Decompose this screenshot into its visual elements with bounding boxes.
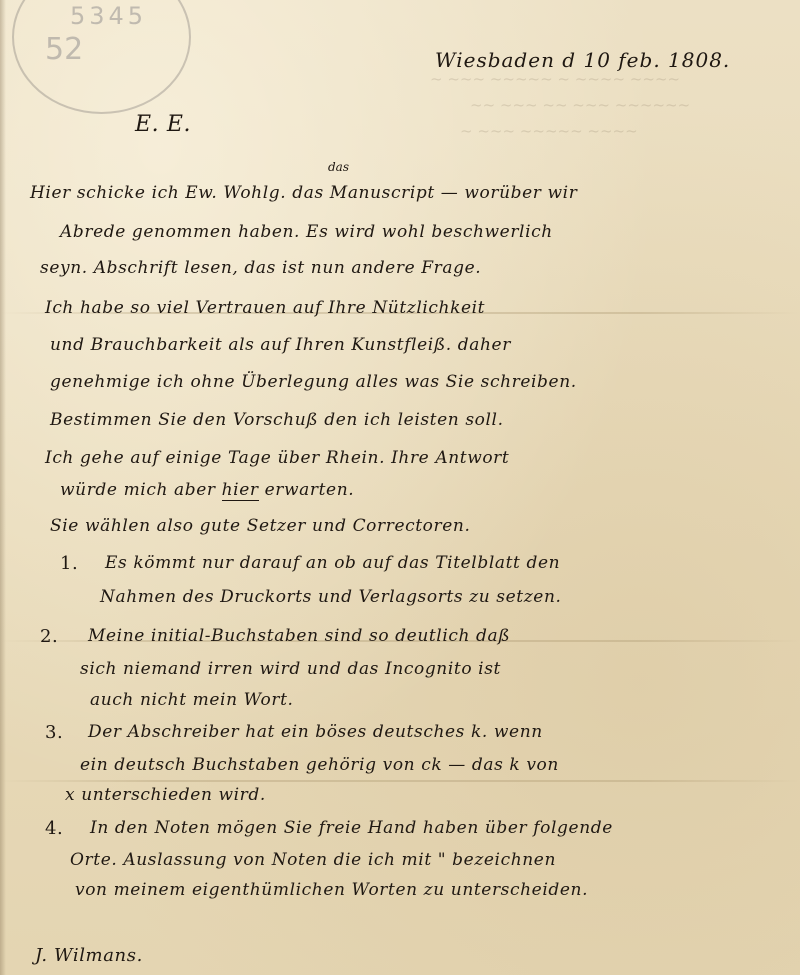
place-date-line: Wiesbaden d 10 feb. 1808.	[435, 48, 730, 72]
point-3-line-2: ein deutsch Buchstaben gehörig von ck — …	[80, 755, 559, 775]
bleed-through-text: ~ ~~~ ~~~~~ ~ ~~~~ ~~~~	[430, 70, 680, 88]
salutation: E. E.	[135, 112, 191, 137]
underlined-word: hier	[222, 480, 259, 501]
point-2-line-2: sich niemand irren wird und das Incognit…	[80, 659, 501, 679]
body-line-10: Sie wählen also gute Setzer und Correcto…	[50, 516, 470, 536]
point-1-number: 1.	[60, 553, 78, 574]
point-3-line-3: x unterschieden wird.	[65, 785, 266, 805]
body-line-2: Abrede genommen haben. Es wird wohl besc…	[60, 222, 553, 242]
archive-secondary-number: 52	[45, 32, 83, 67]
fold-line	[0, 780, 800, 782]
body-line-7: Bestimmen Sie den Vorschuß den ich leist…	[50, 410, 504, 430]
point-1-line-1: Es kömmt nur darauf an ob auf das Titelb…	[105, 553, 560, 573]
point-2-line-3: auch nicht mein Wort.	[90, 690, 294, 710]
body-line-3: seyn. Abschrift lesen, das ist nun ander…	[40, 258, 481, 278]
paper-edge-shadow	[0, 0, 6, 975]
point-2-number: 2.	[40, 626, 58, 647]
body-line-9-text: würde mich aber	[60, 480, 216, 500]
point-4-line-1: In den Noten mögen Sie freie Hand haben …	[90, 818, 613, 838]
signature: J. Wilmans.	[35, 945, 143, 966]
body-line-4: Ich habe so viel Vertrauen auf Ihre Nütz…	[45, 298, 485, 318]
point-1-line-2: Nahmen des Druckorts und Verlagsorts zu …	[100, 587, 562, 607]
body-line-9: würde mich aber hier erwarten.	[60, 480, 354, 500]
point-4-line-2: Orte. Auslassung von Noten die ich mit "…	[70, 850, 556, 870]
archive-number: 5345	[70, 2, 147, 30]
body-line-9-tail: erwarten.	[265, 480, 355, 500]
point-2-line-1: Meine initial-Buchstaben sind so deutlic…	[88, 626, 510, 646]
superscript-insert: das	[328, 160, 349, 174]
point-3-number: 3.	[45, 722, 63, 743]
body-line-5: und Brauchbarkeit als auf Ihren Kunstfle…	[50, 335, 511, 355]
point-4-line-3: von meinem eigenthümlichen Worten zu unt…	[75, 880, 588, 900]
point-3-line-1: Der Abschreiber hat ein böses deutsches …	[88, 722, 543, 742]
body-line-6: genehmige ich ohne Überlegung alles was …	[50, 372, 577, 392]
bleed-through-text: ~ ~~~ ~~~~~ ~~~~	[460, 122, 638, 140]
bleed-through-text: ~~ ~~~ ~~ ~~~ ~~~~~~	[470, 96, 690, 114]
letter-page: 5345 52 ~ ~~~ ~~~~~ ~ ~~~~ ~~~~ ~~ ~~~ ~…	[0, 0, 800, 975]
point-4-number: 4.	[45, 818, 63, 839]
body-line-8: Ich gehe auf einige Tage über Rhein. Ihr…	[45, 448, 509, 468]
body-line-1: Hier schicke ich Ew. Wohlg. das Manuscri…	[30, 183, 577, 203]
